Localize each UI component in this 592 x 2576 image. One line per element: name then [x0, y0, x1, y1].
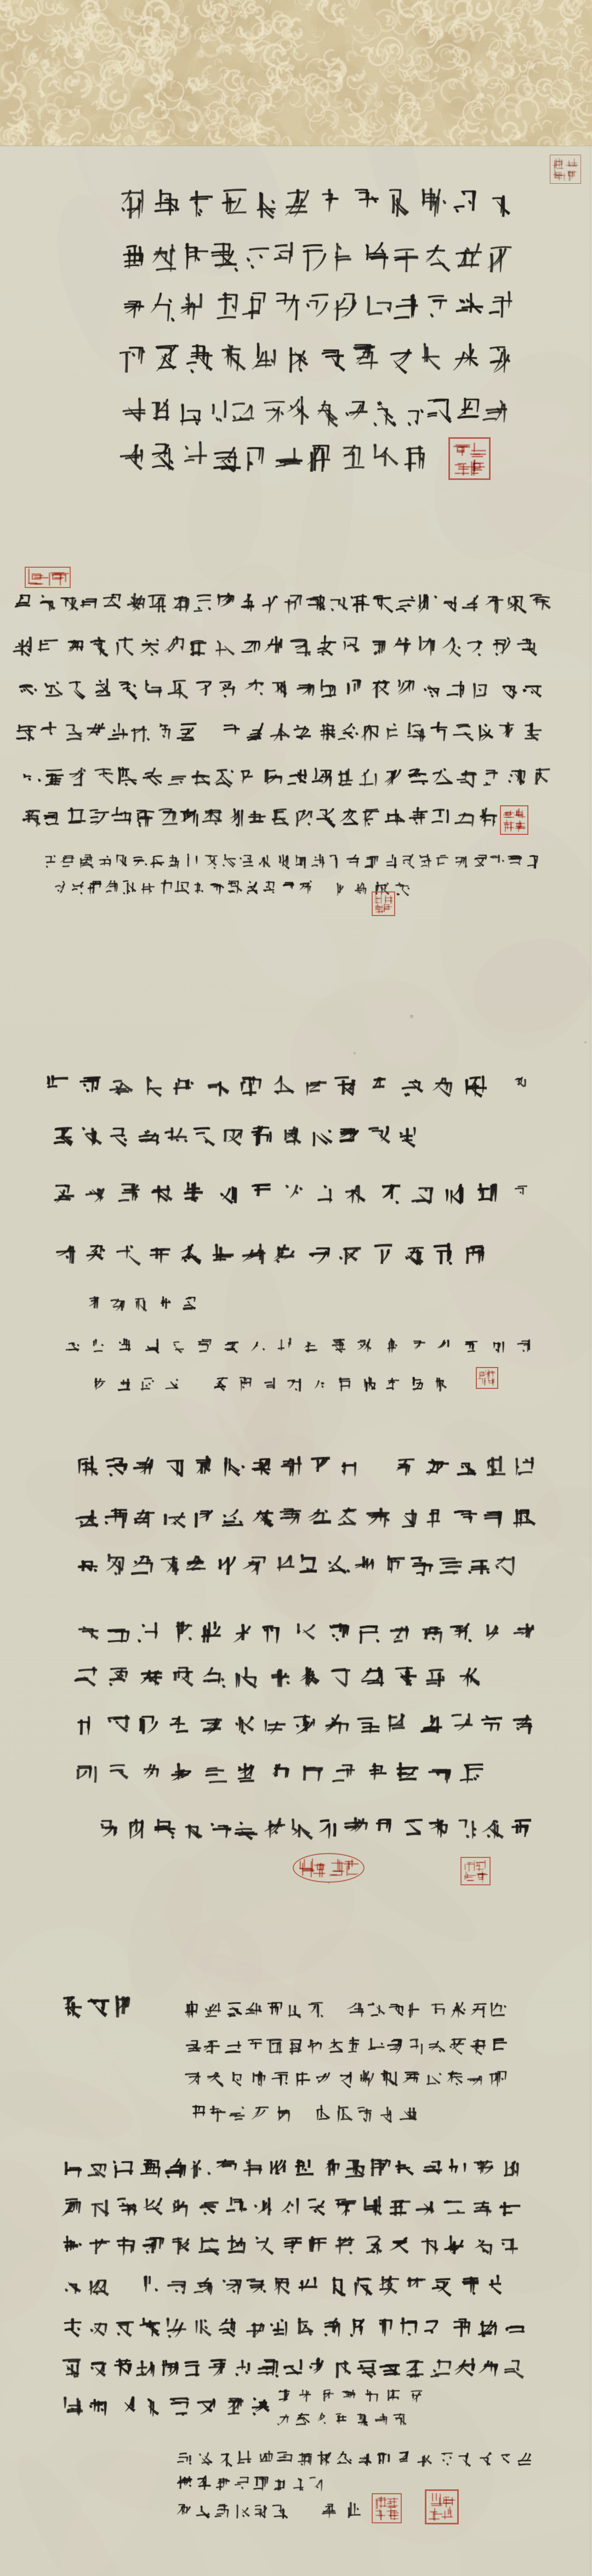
calligraphy-character: 華 — [481, 1622, 506, 1644]
calligraphy-character: 人 — [285, 2037, 304, 2055]
calligraphy-character: 孫 — [175, 396, 202, 427]
calligraphy-character: 諸 — [90, 1376, 106, 1392]
calligraphy-character: 宵 — [281, 593, 303, 614]
calligraphy-character: 四 — [247, 807, 269, 828]
calligraphy-character: 子 — [132, 854, 147, 869]
calligraphy-character: 迷 — [219, 2275, 242, 2296]
colophon-line: 王元澄大室名不然集圖長春宵圓綠紀豫燕不負此良宵也 — [12, 593, 551, 614]
calligraphy-character: 不 — [456, 767, 478, 788]
preface-line: 題詞于後原 博山長譜也 — [187, 2105, 417, 2122]
calligraphy-character: 耳 — [222, 721, 244, 742]
calligraphy-character: 今 — [12, 636, 33, 657]
inscription-line: 質主而又事江左鄉安泉事也渡洪高訣 — [74, 1554, 519, 1576]
calligraphy-character: 隆 — [76, 1075, 101, 1097]
calligraphy-character: 月 — [399, 1817, 424, 1839]
calligraphy-character: 物 — [60, 2196, 83, 2217]
calligraphy-character: 一 — [117, 1182, 142, 1204]
calligraphy-character: 畫 — [292, 2158, 315, 2179]
calligraphy-character: 多 — [217, 2450, 233, 2467]
calligraphy-character: 燕 — [242, 1243, 267, 1265]
calligraphy-character: 笑 — [233, 1666, 258, 1688]
calligraphy-character: 高 — [465, 1554, 491, 1576]
calligraphy-character: 帆 — [366, 1507, 391, 1529]
calligraphy-character: 回 — [305, 2037, 324, 2055]
calligraphy-character: 歲 — [133, 807, 155, 828]
calligraphy-character: 潘 — [346, 2001, 365, 2018]
calligraphy-character: 莊 — [217, 342, 247, 374]
calligraphy-character: 回 — [459, 1762, 485, 1784]
calligraphy-character: 藏 — [203, 854, 219, 869]
calligraphy-character: 不 — [514, 1185, 528, 1198]
calligraphy-character: 迴 — [416, 2235, 439, 2256]
inscription-line: 瑯琅金鉦壺壽客燈火元宵覽物華至 — [74, 1622, 537, 1644]
calligraphy-character: 江 — [106, 1125, 131, 1147]
calligraphy-character: 是 — [213, 1376, 229, 1392]
calligraphy-character: 不 — [233, 2475, 249, 2492]
calligraphy-character: 稿 — [340, 636, 362, 657]
calligraphy-character: 歌 — [431, 1243, 457, 1265]
calligraphy-character: 子 — [191, 1455, 216, 1477]
calligraphy-character: 因 — [306, 441, 335, 473]
calligraphy-character: 包 — [185, 187, 214, 219]
calligraphy-character: 至 — [512, 1622, 537, 1644]
calligraphy-character: 在 — [507, 854, 522, 869]
calligraphy-character: 十 — [311, 1376, 327, 1392]
calligraphy-character: 也 — [382, 1554, 407, 1576]
calligraphy-character: 佳 — [331, 1762, 356, 1784]
calligraphy-character: 首 — [326, 2037, 344, 2055]
calligraphy-character: 紗 — [87, 2396, 110, 2417]
calligraphy-character: 夫 — [183, 2037, 202, 2055]
calligraphy-character: 打 — [298, 2275, 321, 2296]
calligraphy-character: 豫 — [372, 593, 394, 614]
calligraphy-character: 刀 — [48, 1125, 73, 1147]
calligraphy-character: 滿 — [430, 2275, 453, 2296]
calligraphy-character: 達 — [512, 1507, 537, 1529]
calligraphy-character: 世 — [470, 679, 492, 699]
calligraphy-character: 鍚 — [424, 1666, 449, 1688]
calligraphy-character: 正 — [112, 636, 134, 657]
calligraphy-character: 夜 — [87, 636, 109, 657]
calligraphy-character: 澄 — [56, 593, 78, 614]
calligraphy-character: 後 — [251, 2105, 269, 2122]
calligraphy-character: 博 — [162, 1507, 187, 1529]
calligraphy-character: 逢 — [305, 2001, 324, 2018]
calligraphy-character: 韻 — [164, 1376, 179, 1392]
calligraphy-character: 耀 — [502, 2317, 525, 2338]
calligraphy-character: 如 — [337, 1455, 362, 1477]
calligraphy-character: 衡 — [210, 241, 240, 273]
calligraphy-character: 諸 — [241, 290, 270, 322]
calligraphy-character: 主 — [257, 854, 272, 869]
calligraphy-character: 之 — [195, 2475, 212, 2492]
calligraphy-character: 舊 — [251, 342, 280, 374]
calligraphy-character: 水 — [334, 2235, 357, 2256]
calligraphy-character: 散 — [521, 721, 543, 742]
calligraphy-character: 圖 — [318, 2158, 341, 2179]
calligraphy-character: 宵 — [506, 593, 528, 614]
calligraphy-character: 籠 — [114, 2396, 137, 2417]
calligraphy-character: 詞 — [207, 1817, 232, 1839]
mount-edge-line — [590, 146, 590, 2576]
calligraphy-character: 卷 — [457, 2275, 480, 2296]
calligraphy-character: 湖 — [453, 807, 475, 828]
calligraphy-character: 身 — [466, 636, 488, 657]
calligraphy-character: 橋 — [210, 290, 240, 322]
calligraphy-character: 元 — [144, 1338, 160, 1353]
calligraphy-character: 如 — [306, 2235, 329, 2256]
calligraphy-character: 此 — [462, 593, 483, 614]
calligraphy-character: 潘 — [334, 881, 349, 896]
calligraphy-character: 樓 — [453, 1817, 479, 1839]
calligraphy-character: 卷 — [357, 1338, 372, 1353]
calligraphy-character: 賢 — [152, 1817, 177, 1839]
calligraphy-character: 人 — [387, 2001, 406, 2018]
calligraphy-character: 三 — [180, 290, 209, 322]
calligraphy-character: 巳 — [342, 396, 369, 427]
calligraphy-character: 答 — [158, 2358, 181, 2379]
calligraphy-character: 奏 — [168, 1713, 193, 1735]
calligraphy-character: 紀 — [349, 593, 371, 614]
calligraphy-character: 畫 — [384, 187, 414, 219]
calligraphy-character: 亂 — [445, 679, 467, 699]
calligraphy-character: 不 — [278, 1507, 304, 1529]
calligraphy-character: 斯 — [424, 1507, 449, 1529]
calligraphy-character: 計 — [420, 679, 442, 699]
calligraphy-character: 兄 — [296, 2412, 310, 2426]
leading-seal — [25, 567, 71, 588]
calligraphy-character: 質 — [74, 1554, 99, 1576]
calligraphy-character: 賜 — [15, 679, 37, 699]
inscriber-seal — [460, 1857, 491, 1885]
calligraphy-character: 獻 — [473, 2158, 496, 2179]
calligraphy-character: 閱 — [119, 396, 146, 427]
calligraphy-character: 藏 — [52, 879, 67, 895]
calligraphy-character: 華 — [463, 1075, 488, 1097]
calligraphy-character: 詞 — [208, 2105, 227, 2122]
calligraphy-character: 漾 — [512, 1455, 537, 1477]
calligraphy-character: 答 — [60, 2358, 83, 2379]
calligraphy-character: 此 — [331, 1338, 346, 1353]
calligraphy-character: 把 — [183, 2358, 206, 2379]
calligraphy-character: 金 — [325, 2275, 348, 2296]
calligraphy-character: 屋 — [212, 441, 242, 473]
calligraphy-character: 帆 — [476, 807, 498, 828]
calligraphy-character: 秋 — [370, 396, 397, 427]
calligraphy-character: 譜 — [377, 2105, 396, 2122]
calligraphy-character: 中 — [517, 1338, 532, 1353]
calligraphy-character: 山 — [218, 187, 248, 219]
calligraphy-character: 詠 — [363, 290, 392, 322]
calligraphy-character: 綠 — [326, 593, 348, 614]
calligraphy-character: 樓 — [105, 1713, 130, 1735]
calligraphy-character: 向 — [489, 2037, 508, 2055]
calligraphy-character: 錄 — [346, 854, 362, 869]
calligraphy-character: 殿 — [372, 2317, 395, 2338]
calligraphy-character: 勞 — [134, 2358, 157, 2379]
calligraphy-character: 圖 — [138, 1666, 163, 1688]
calligraphy-character: 見 — [140, 767, 162, 788]
calligraphy-character: 鉦 — [168, 1622, 193, 1644]
calligraphy-character: 作 — [400, 854, 415, 869]
calligraphy-character: 根 — [281, 2358, 304, 2379]
calligraphy-character: 遺 — [450, 2317, 473, 2338]
calligraphy-character: 法 — [261, 1817, 287, 1839]
calligraphy-character: 家 — [234, 1817, 259, 1839]
calligraphy-character: 通 — [170, 2235, 193, 2256]
poem-line: 猶要 詩簽筆迷揩徒打金河湯春滿卷向 — [60, 2275, 506, 2296]
calligraphy-character: 金 — [136, 1622, 162, 1644]
calligraphy-character: 五 — [407, 2001, 426, 2018]
calligraphy-character: 於 — [339, 807, 361, 828]
calligraphy-character: 更 — [337, 1125, 362, 1147]
calligraphy-character: 又 — [158, 1554, 183, 1576]
calligraphy-character: 為 — [244, 879, 260, 895]
calligraphy-character: 為 — [77, 1125, 102, 1147]
calligraphy-character: 武 — [192, 679, 214, 699]
calligraphy-character: 元 — [163, 1125, 189, 1147]
calligraphy-character: 圓 — [304, 593, 326, 614]
calligraphy-character: 酒 — [308, 1125, 333, 1147]
calligraphy-character: 容 — [387, 1713, 412, 1735]
calligraphy-character: 年 — [189, 2158, 212, 2179]
calligraphy-character: 燈 — [293, 1622, 318, 1644]
calligraphy-character: 如 — [266, 2158, 289, 2179]
calligraphy-character: 笑 — [498, 2158, 521, 2179]
calligraphy-character: 手 — [257, 2450, 273, 2467]
calligraphy-character: 要 — [87, 2275, 110, 2296]
calligraphy-character: 未 — [328, 1666, 354, 1688]
calligraphy-character: 也 — [399, 2105, 417, 2122]
calligraphy-character: 薰 — [424, 2317, 447, 2338]
inscription-line: 幅輞川南贊主帆林佳話味重回 — [74, 1762, 485, 1784]
calligraphy-character: 叟 — [249, 2070, 267, 2088]
calligraphy-character: 名 — [124, 593, 146, 614]
calligraphy-character: 訶 — [351, 187, 380, 219]
calligraphy-character: 春 — [403, 2275, 426, 2296]
calligraphy-character: 同 — [209, 879, 225, 895]
calligraphy-character: 靜 — [354, 881, 369, 896]
calligraphy-character: 傳 — [176, 721, 198, 742]
calligraphy-character: 輩 — [140, 1376, 155, 1392]
calligraphy-character: 歡 — [225, 2235, 248, 2256]
calligraphy-character: 異 — [227, 879, 242, 895]
calligraphy-character: 藏 — [335, 2412, 349, 2426]
calligraphy-character: 什 — [315, 2412, 329, 2426]
calligraphy-character: 過 — [268, 721, 290, 742]
calligraphy-character: 夫 — [367, 2001, 385, 2018]
signature-seal — [425, 2489, 459, 2524]
calligraphy-character: 享 — [88, 807, 110, 828]
calligraphy-character: 家 — [237, 1075, 263, 1097]
calligraphy-character: 寒 — [117, 342, 147, 374]
calligraphy-character: 山 — [298, 2388, 312, 2403]
colophon-line: 今歲元夜正值中日四鼓方酣飽稿膺不能於身將為 — [12, 636, 539, 657]
calligraphy-character: 言 — [107, 721, 129, 742]
calligraphy-character: 此 — [476, 2450, 493, 2467]
calligraphy-character: 景 — [149, 441, 179, 473]
calligraphy-character: 廬 — [214, 1182, 239, 1204]
calligraphy-character: 也 — [290, 2475, 306, 2492]
calligraphy-character: 事 — [186, 1554, 211, 1576]
calligraphy-character: 南 — [170, 1762, 196, 1784]
poem-line: 答交身勞答把擔救新根寬書畫話願去賓長譜 — [60, 2358, 525, 2379]
calligraphy-character: 古 — [265, 2037, 283, 2055]
oval-seal — [293, 1853, 365, 1883]
calligraphy-character: 山 — [196, 2502, 212, 2519]
calligraphy-character: 其 — [38, 721, 60, 742]
brocade-mount — [0, 0, 592, 146]
calligraphy-character: 雙 — [498, 2235, 521, 2256]
calligraphy-character: 夜 — [451, 187, 480, 219]
calligraphy-character: 鼓 — [239, 636, 261, 657]
collector-seal — [550, 155, 581, 184]
calligraphy-character: 開 — [474, 1182, 499, 1204]
calligraphy-character: 乙 — [314, 396, 341, 427]
calligraphy-character: 一 — [201, 1666, 226, 1688]
calligraphy-character: 題 — [332, 290, 362, 322]
calligraphy-character: 歲 — [344, 1817, 369, 1839]
calligraphy-character: 泉 — [326, 1554, 351, 1576]
calligraphy-character: 洪 — [437, 1554, 463, 1576]
calligraphy-character: 龍 — [421, 2158, 444, 2179]
calligraphy-character: 室 — [101, 593, 123, 614]
calligraphy-character: 集 — [191, 593, 213, 614]
calligraphy-character: 希 — [309, 2475, 325, 2492]
calligraphy-character: 而 — [130, 1554, 155, 1576]
calligraphy-character: 開 — [481, 1713, 506, 1735]
calligraphy-character: 棟 — [346, 2317, 369, 2338]
calligraphy-character: 良 — [484, 593, 506, 614]
calligraphy-character: 山 — [195, 2396, 218, 2417]
calligraphy-character: 成 — [471, 2235, 494, 2256]
calligraphy-character: 竹 — [445, 2070, 464, 2088]
calligraphy-character: 訣 — [493, 1554, 519, 1576]
calligraphy-character: 博 — [177, 2502, 193, 2519]
calligraphy-character: 相 — [279, 1182, 304, 1204]
calligraphy-character: 飯 — [118, 241, 148, 273]
calligraphy-character: 揩 — [245, 2275, 268, 2296]
calligraphy-character: 長 — [133, 1507, 158, 1529]
calligraphy-character: 燈 — [344, 1182, 369, 1204]
calligraphy-character: 以 — [157, 879, 173, 895]
inscriber-seal — [448, 437, 491, 480]
calligraphy-character: 谷 — [230, 396, 258, 427]
calligraphy-character: 帆 — [424, 1455, 449, 1477]
calligraphy-character: 河 — [351, 2275, 374, 2296]
calligraphy-character: 俗 — [70, 879, 85, 895]
calligraphy-character: 色 — [60, 2317, 83, 2338]
calligraphy-character: 一 — [394, 290, 423, 322]
calligraphy-character: 此 — [514, 1075, 528, 1088]
calligraphy-character: 借 — [112, 2317, 135, 2338]
calligraphy-character: 孔 — [392, 241, 422, 273]
calligraphy-character: 湯 — [377, 2275, 400, 2296]
calligraphy-character: 圖 — [214, 593, 236, 614]
calligraphy-character: 始 — [192, 879, 207, 895]
calligraphy-character: 重 — [469, 2037, 487, 2055]
calligraphy-character: 劉 — [454, 290, 484, 322]
calligraphy-character: 元 — [62, 636, 84, 657]
calligraphy-character: 閱 — [249, 1455, 275, 1477]
calligraphy-character: 韻 — [320, 2317, 343, 2338]
calligraphy-character: 人 — [167, 679, 189, 699]
calligraphy-character: 十 — [163, 2158, 186, 2179]
calligraphy-character: 外 — [293, 854, 308, 869]
calligraphy-character: 不 — [390, 636, 412, 657]
calligraphy-character: 卷 — [490, 1338, 505, 1353]
calligraphy-character: 孫 — [484, 342, 514, 374]
inscription-line: 閱後孫退谷藏印乙巳秋日歸吳氏 — [119, 396, 509, 427]
calligraphy-character: 屋 — [277, 1338, 293, 1353]
calligraphy-character: 天 — [252, 2235, 275, 2256]
calligraphy-character: 簽 — [166, 2275, 189, 2296]
calligraphy-character: 山 — [365, 2388, 379, 2403]
calligraphy-character: 讒 — [398, 2317, 421, 2338]
calligraphy-character: 憑 — [91, 1338, 106, 1353]
calligraphy-character: 伽 — [252, 2502, 269, 2519]
calligraphy-character: 山 — [191, 1507, 216, 1529]
calligraphy-character: 也 — [393, 2412, 407, 2426]
calligraphy-character: 春 — [143, 2196, 166, 2217]
calligraphy-character: 書 — [386, 2388, 401, 2403]
calligraphy-character: 膺 — [365, 636, 387, 657]
calligraphy-character: 樓 — [320, 2388, 334, 2403]
calligraphy-character: 飽 — [315, 636, 337, 657]
calligraphy-character: 斯 — [106, 1666, 131, 1688]
calligraphy-character: 回 — [270, 1075, 295, 1097]
calligraphy-character: 物 — [141, 1075, 166, 1097]
calligraphy-character: 借 — [270, 2070, 289, 2088]
calligraphy-character: 詩 — [294, 2317, 317, 2338]
calligraphy-character: 居 — [337, 1243, 362, 1265]
calligraphy-character: 元 — [86, 2158, 109, 2179]
calligraphy-character: 鄉 — [270, 1554, 295, 1576]
inscription-line: 梅景書屋收藏因錄題記 — [118, 441, 430, 473]
calligraphy-character: 畫 — [406, 721, 428, 742]
calligraphy-character: 收 — [243, 441, 273, 473]
calligraphy-character: 年 — [297, 1666, 322, 1688]
calligraphy-character: 圖 — [308, 1455, 333, 1477]
calligraphy-character: 歸 — [425, 396, 453, 427]
calligraphy-character: 盈 — [308, 1507, 333, 1529]
calligraphy-character: 博 — [74, 1507, 99, 1529]
calligraphy-character: 四 — [103, 1455, 128, 1477]
calligraphy-character: 藏 — [284, 342, 314, 374]
calligraphy-character: 物 — [475, 721, 497, 742]
calligraphy-character: 後 — [382, 854, 397, 869]
calligraphy-character: 藏 — [275, 441, 304, 473]
calligraphy-character: 有 — [61, 721, 83, 742]
calligraphy-character: 月 — [91, 679, 113, 699]
calligraphy-character: 花 — [456, 1666, 481, 1688]
calligraphy-character: 顫 — [297, 2450, 313, 2467]
calligraphy-character: 諸 — [334, 2196, 357, 2217]
inscription-line: 明陸包山為陸元訶畫元夜集 — [118, 187, 514, 219]
calligraphy-character: 篆 — [271, 2502, 288, 2519]
calligraphy-character: 之 — [432, 767, 454, 788]
calligraphy-character: 金 — [361, 2235, 384, 2256]
calligraphy-character: 寶 — [369, 2158, 392, 2179]
calligraphy-character: 三 — [220, 1507, 245, 1529]
calligraphy-character: 讀 — [380, 2070, 399, 2088]
calligraphy-character: 輞 — [106, 1762, 132, 1784]
calligraphy-character: 而 — [489, 2001, 508, 2018]
calligraphy-character: 重 — [249, 1507, 275, 1529]
calligraphy-character: 梅 — [118, 441, 147, 473]
calligraphy-character: 味 — [149, 1182, 174, 1204]
calligraphy-character: 時 — [196, 2450, 213, 2467]
